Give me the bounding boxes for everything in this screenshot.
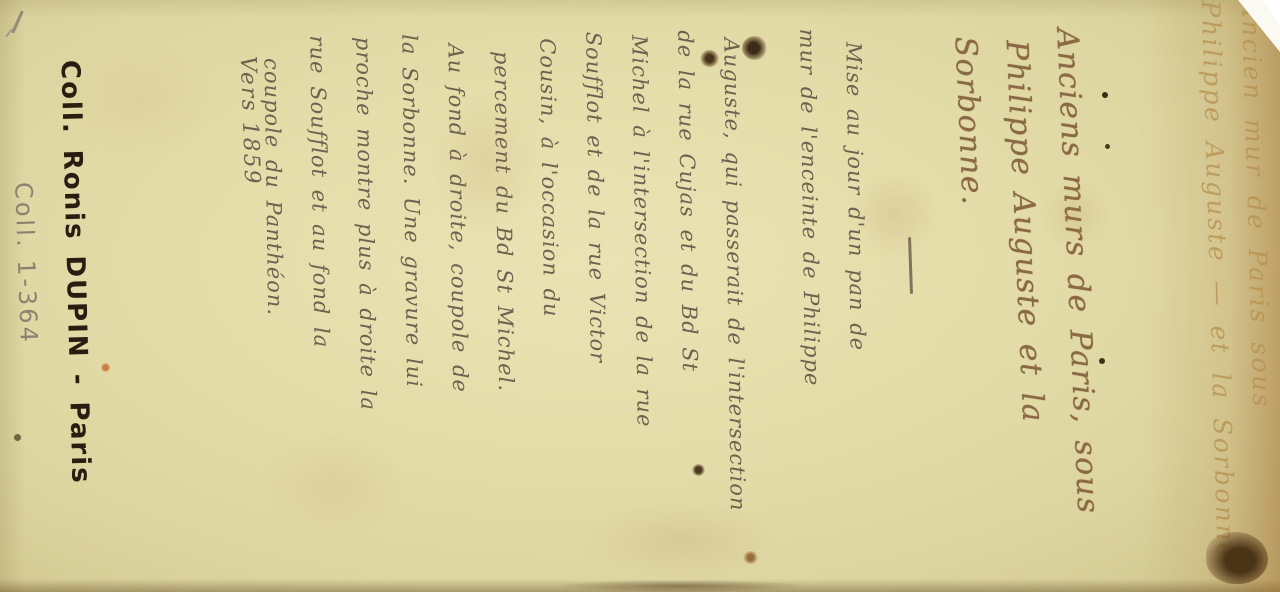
torn-corner	[1264, 0, 1280, 26]
handwritten-line: la Sorbonne. Une gravure lui	[386, 34, 440, 580]
divider-dash	[908, 237, 913, 294]
collection-ink-stamp: Coll. Ronis DUPIN - Paris	[55, 60, 96, 481]
handwritten-line: Auguste, qui passerait de l'intersection	[708, 37, 761, 575]
handwritten-line: proche montre plus à droite la	[340, 36, 394, 580]
handwritten-line: percement du Bd St Michel.	[478, 51, 531, 579]
caption-text: Mise au jour d'un pan de mur de l'encein…	[248, 28, 884, 582]
handwritten-line: de la rue Cujas et du Bd St	[662, 30, 716, 576]
date-inscription: Vers 1859	[235, 56, 265, 186]
handwritten-line: rue Soufflot et au fond la	[294, 35, 348, 581]
edge-annotation: Ancien mur de Paris sous Philippe August…	[1190, 0, 1280, 576]
handwritten-line: Au fond à droite, coupole de	[432, 43, 485, 579]
collection-number-pencil: Coll. 1-364	[9, 182, 43, 346]
title-inscription: Anciens murs de Paris, sous Philippe Aug…	[939, 27, 1115, 573]
handwritten-line: Mise au jour d'un pan de	[830, 42, 883, 574]
handwritten-line: Cousin, à l'occasion du	[524, 38, 578, 578]
handwritten-line: Soufflot et de la rue Victor	[570, 31, 624, 577]
rotated-handwriting-layer: Ancien mur de Paris sous Philippe August…	[0, 0, 1280, 592]
handwritten-line: Michel à l'intersection de la rue	[616, 35, 670, 577]
photo-verso-card: Ancien mur de Paris sous Philippe August…	[0, 0, 1280, 592]
handwritten-line: mur de l'enceinte de Philippe	[784, 28, 838, 574]
